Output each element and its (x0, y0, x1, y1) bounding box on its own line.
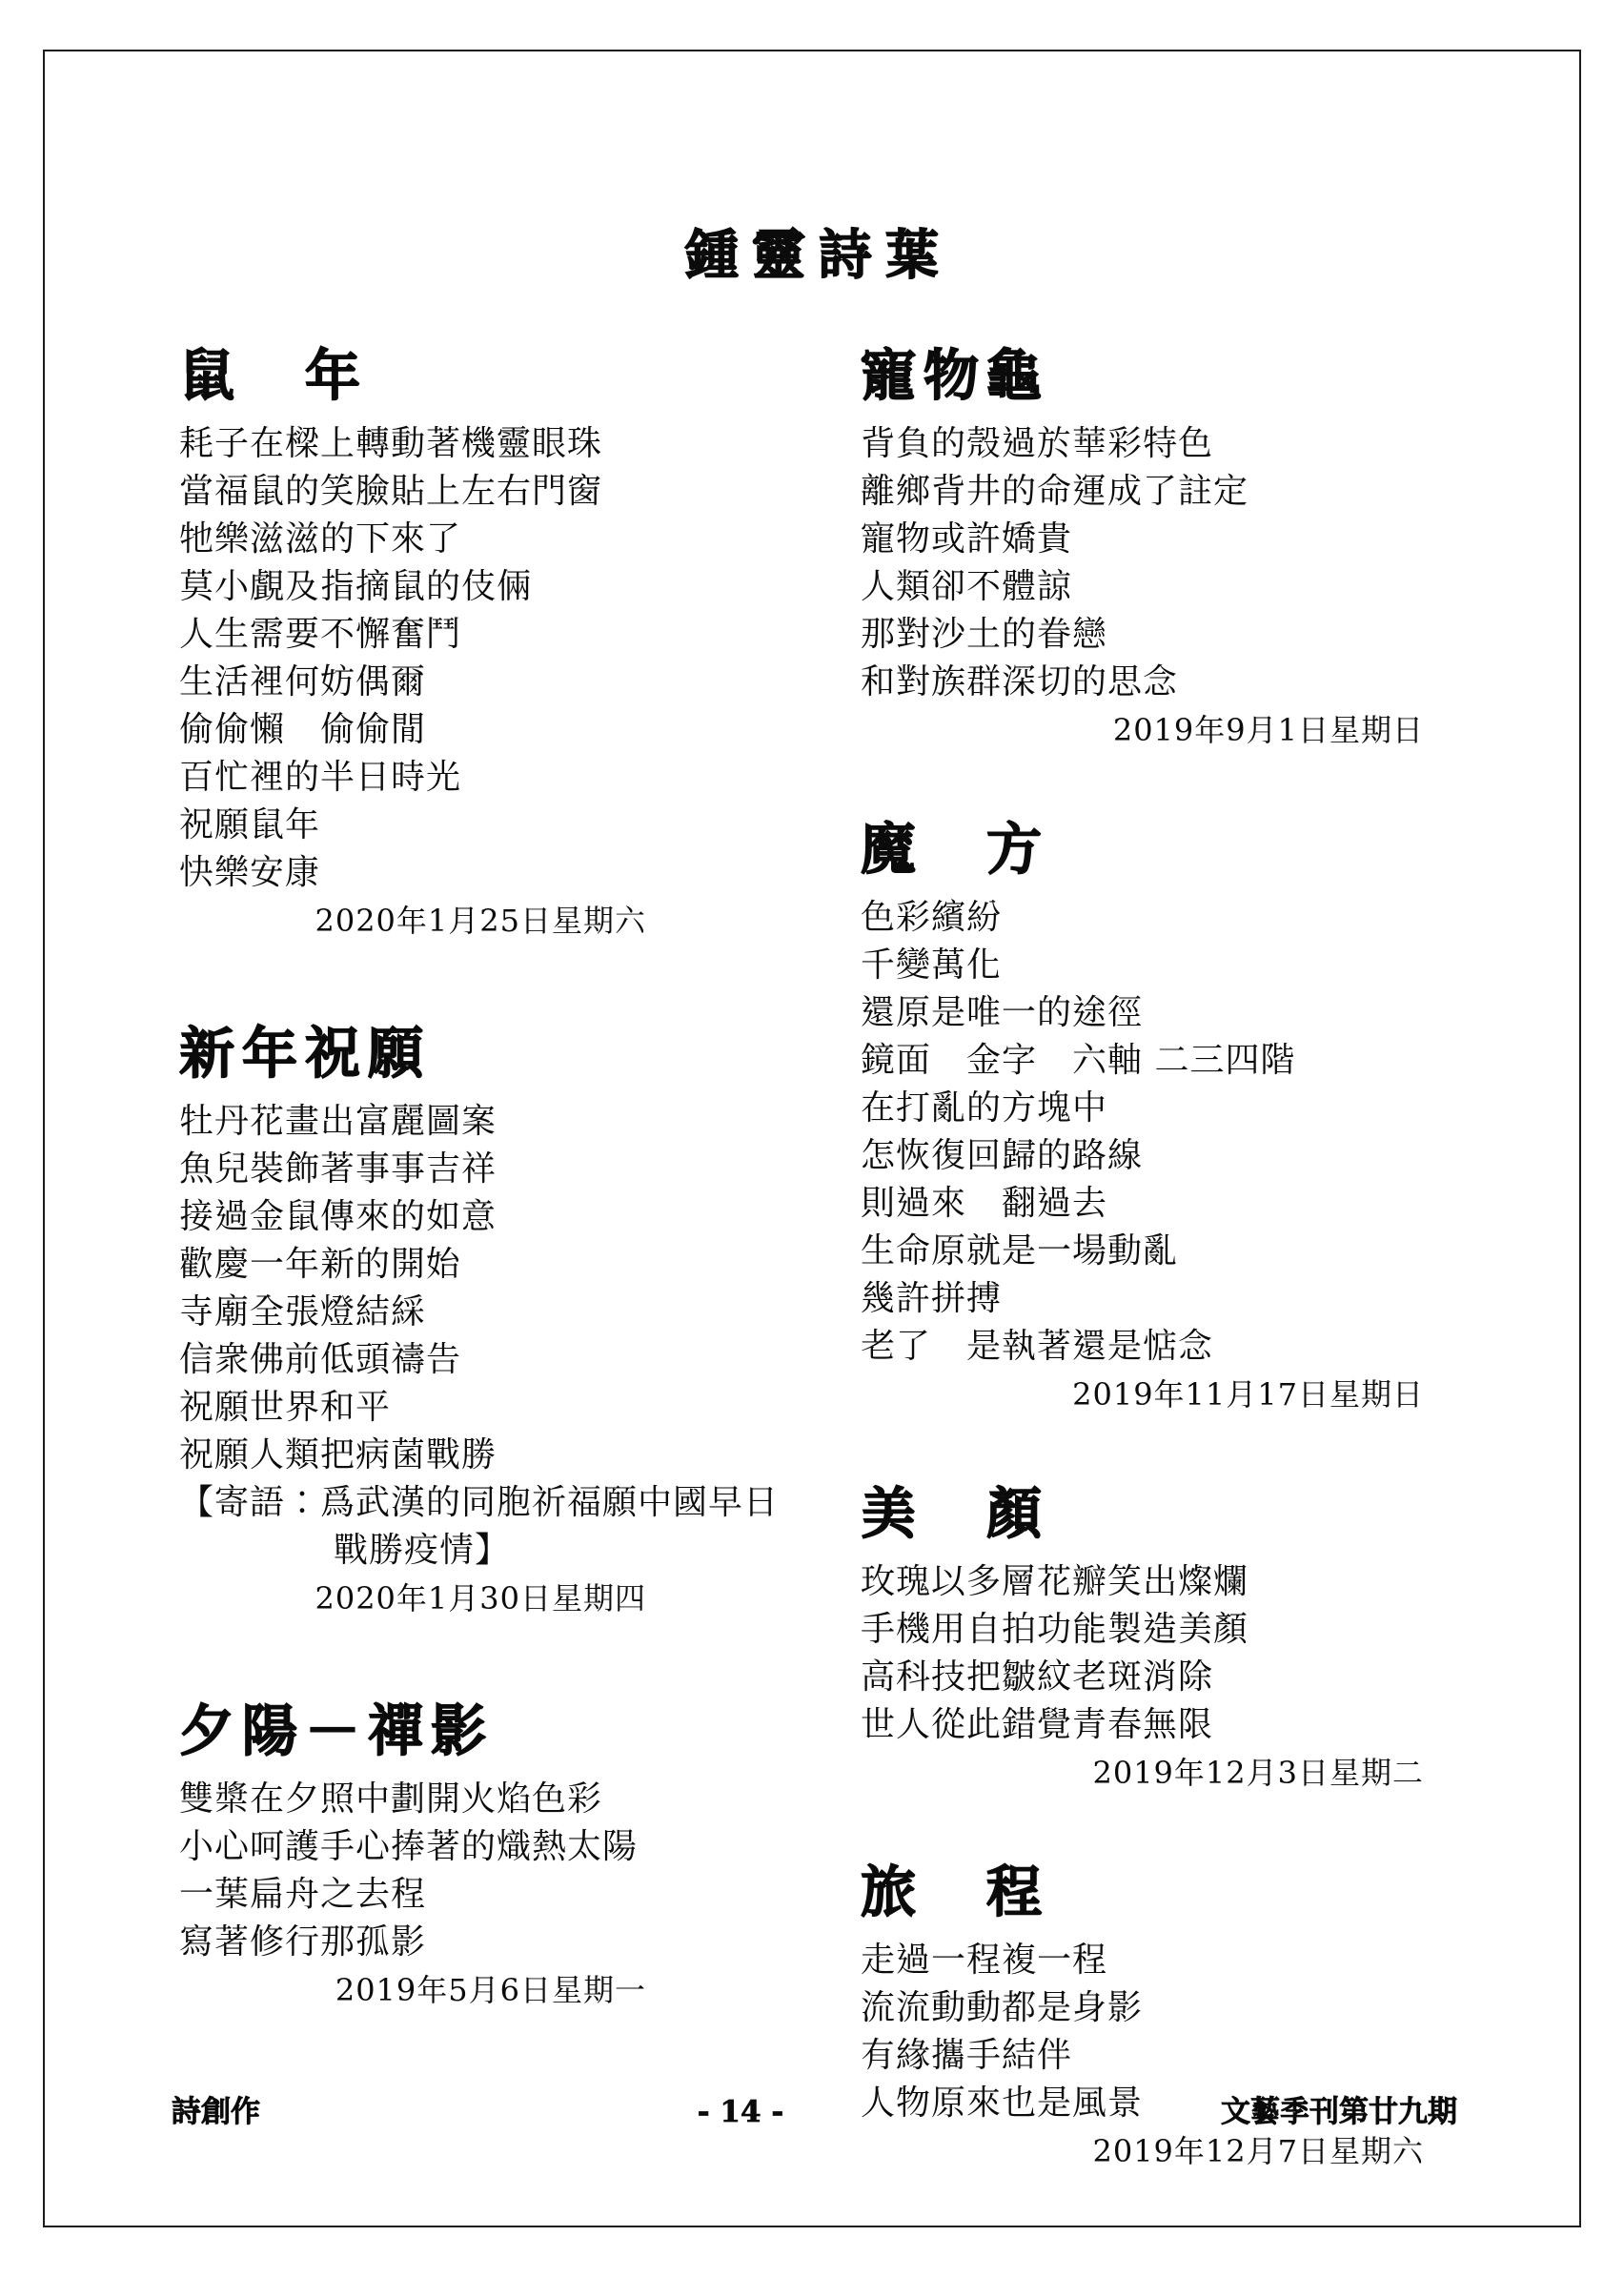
poem-line: 當福鼠的笑臉貼上左右門窗 (179, 468, 788, 516)
poem-line: 玫瑰以多層花瓣笑出燦爛 (861, 1558, 1522, 1606)
poem-line: 走過一程複一程 (861, 1937, 1522, 1984)
page-footer: 詩創作 - 14 - 文藝季刊第廿九期 (172, 2087, 1457, 2130)
poem-new-year-wish: 新年祝願 牡丹花畫出富麗圖案 魚兒裝飾著事事吉祥 接過金鼠傳來的如意 歡慶一年新… (179, 1021, 788, 1622)
poem-line: 色彩繽紛 (861, 894, 1522, 942)
footer-section-label: 詩創作 (172, 2087, 260, 2130)
poem-line: 祝願鼠年 (179, 802, 788, 849)
poem-beauty-face: 美 顏 玫瑰以多層花瓣笑出燦爛 手機用自拍功能製造美顏 高科技把皺紋老斑消除 世… (861, 1481, 1522, 1797)
footer-page-number: - 14 - (698, 2095, 783, 2129)
poem-title: 寵物龜 (861, 343, 1522, 408)
poem-line: 人生需要不懈奮鬥 (179, 611, 788, 659)
poem-line: 人類卻不體諒 (861, 563, 1522, 611)
poem-title: 美 顏 (861, 1481, 1522, 1546)
poem-title: 旅 程 (861, 1860, 1522, 1924)
poem-date: 2019年5月6日星期一 (179, 1966, 788, 2014)
poem-title: 魔 方 (861, 817, 1522, 882)
poem-line: 牡丹花畫出富麗圖案 (179, 1098, 788, 1146)
poem-pet-turtle: 寵物龜 背負的殼過於華彩特色 離鄉背井的命運成了註定 寵物或許嬌貴 人類卻不體諒… (861, 343, 1522, 754)
poem-date: 2019年11月17日星期日 (861, 1371, 1522, 1418)
poem-line: 接過金鼠傳來的如意 (179, 1193, 788, 1241)
poem-line: 偷偷懶 偷偷閒 (179, 706, 788, 754)
footer-publication-label: 文藝季刊第廿九期 (1221, 2087, 1457, 2130)
page-title: 鍾靈詩葉 (45, 213, 1579, 290)
poem-line: 幾許拼搏 (861, 1275, 1522, 1323)
page-border: 鍾靈詩葉 鼠 年 耗子在樑上轉動著機靈眼珠 當福鼠的笑臉貼上左右門窗 牠樂滋滋的… (43, 50, 1581, 2227)
poem-line: 世人從此錯覺青春無限 (861, 1701, 1522, 1749)
poem-line: 那對沙土的眷戀 (861, 611, 1522, 659)
poem-date: 2019年12月3日星期二 (861, 1749, 1522, 1797)
poem-line: 生命原就是一場動亂 (861, 1228, 1522, 1275)
poem-line: 千變萬化 (861, 942, 1522, 989)
poem-line: 背負的殼過於華彩特色 (861, 420, 1522, 468)
poem-line: 鏡面 金字 六軸 二三四階 (861, 1037, 1522, 1085)
poem-line: 百忙裡的半日時光 (179, 754, 788, 802)
poem-line: 怎恢復回歸的路線 (861, 1132, 1522, 1180)
poem-line: 一葉扁舟之去程 (179, 1871, 788, 1919)
poem-line: 快樂安康 (179, 849, 788, 897)
poem-line: 魚兒裝飾著事事吉祥 (179, 1146, 788, 1193)
poem-note-line: 【寄語：爲武漢的同胞祈福願中國早日 (179, 1479, 788, 1527)
poem-line: 手機用自拍功能製造美顏 (861, 1606, 1522, 1654)
poem-date: 2020年1月25日星期六 (179, 897, 788, 945)
poem-title: 鼠 年 (179, 343, 788, 408)
poem-line: 雙槳在夕照中劃開火焰色彩 (179, 1776, 788, 1823)
poem-line: 信衆佛前低頭禱告 (179, 1336, 788, 1384)
poem-line: 寫著修行那孤影 (179, 1919, 788, 1966)
poem-title: 新年祝願 (179, 1021, 788, 1086)
poem-line: 祝願世界和平 (179, 1384, 788, 1432)
poem-magic-cube: 魔 方 色彩繽紛 千變萬化 還原是唯一的途徑 鏡面 金字 六軸 二三四階 在打亂… (861, 817, 1522, 1418)
poem-date: 2020年1月30日星期四 (179, 1575, 788, 1622)
poem-title: 夕陽－禪影 (179, 1698, 788, 1763)
poem-sunset-zen-shadow: 夕陽－禪影 雙槳在夕照中劃開火焰色彩 小心呵護手心捧著的熾熱太陽 一葉扁舟之去程… (179, 1698, 788, 2014)
poem-line: 歡慶一年新的開始 (179, 1241, 788, 1289)
poem-date: 2019年12月7日星期六 (861, 2127, 1522, 2175)
poem-line: 生活裡何妨偶爾 (179, 659, 788, 706)
right-column: 寵物龜 背負的殼過於華彩特色 離鄉背井的命運成了註定 寵物或許嬌貴 人類卻不體諒… (812, 343, 1579, 2175)
poem-line: 莫小覰及指摘鼠的伎倆 (179, 563, 788, 611)
poem-note-line: 戰勝疫情】 (179, 1527, 788, 1575)
poem-date: 2019年9月1日星期日 (861, 706, 1522, 754)
poem-line: 老了 是執著還是惦念 (861, 1323, 1522, 1371)
poem-line: 在打亂的方塊中 (861, 1085, 1522, 1132)
poem-line: 耗子在樑上轉動著機靈眼珠 (179, 420, 788, 468)
poem-line: 有緣攜手結伴 (861, 2032, 1522, 2080)
poem-line: 寺廟全張燈結綵 (179, 1289, 788, 1336)
poem-line: 則過來 翻過去 (861, 1180, 1522, 1228)
poem-line: 祝願人類把病菌戰勝 (179, 1432, 788, 1479)
poem-line: 和對族群深切的思念 (861, 659, 1522, 706)
poem-line: 牠樂滋滋的下來了 (179, 516, 788, 563)
left-column: 鼠 年 耗子在樑上轉動著機靈眼珠 當福鼠的笑臉貼上左右門窗 牠樂滋滋的下來了 莫… (45, 343, 812, 2175)
poem-line: 流流動動都是身影 (861, 1984, 1522, 2032)
poem-line: 小心呵護手心捧著的熾熱太陽 (179, 1823, 788, 1871)
poem-rat-year: 鼠 年 耗子在樑上轉動著機靈眼珠 當福鼠的笑臉貼上左右門窗 牠樂滋滋的下來了 莫… (179, 343, 788, 945)
poem-columns: 鼠 年 耗子在樑上轉動著機靈眼珠 當福鼠的笑臉貼上左右門窗 牠樂滋滋的下來了 莫… (45, 343, 1579, 2175)
poem-line: 還原是唯一的途徑 (861, 989, 1522, 1037)
poem-line: 離鄉背井的命運成了註定 (861, 468, 1522, 516)
poem-line: 高科技把皺紋老斑消除 (861, 1654, 1522, 1701)
poem-line: 寵物或許嬌貴 (861, 516, 1522, 563)
